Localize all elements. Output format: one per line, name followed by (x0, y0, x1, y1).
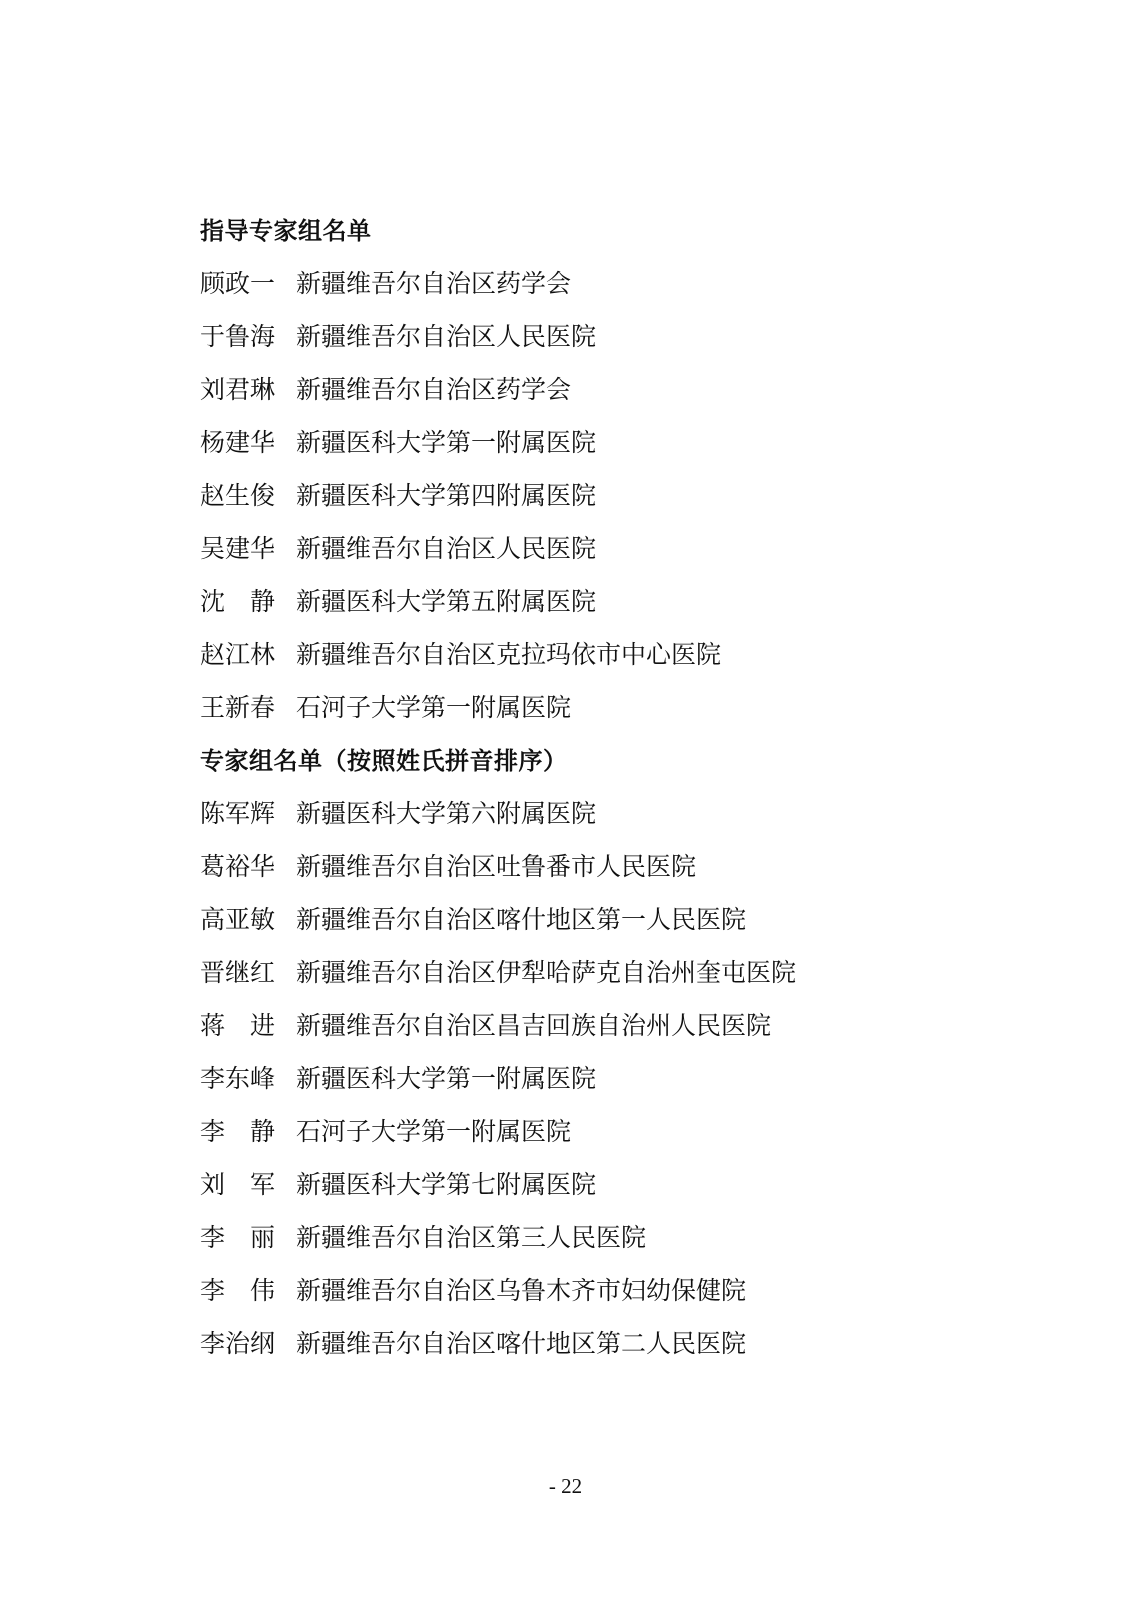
member-row: 李 丽新疆维吾尔自治区第三人民医院 (200, 1209, 1041, 1262)
member-row: 沈 静新疆医科大学第五附属医院 (200, 573, 1041, 626)
member-name: 沈 静 (200, 582, 276, 618)
member-name: 杨建华 (200, 423, 276, 459)
member-name: 晋继红 (200, 953, 276, 989)
member-row: 高亚敏新疆维吾尔自治区喀什地区第一人民医院 (200, 891, 1041, 944)
member-row: 刘君琳新疆维吾尔自治区药学会 (200, 361, 1041, 414)
page-number: - 22 (0, 1474, 1131, 1499)
member-list: 陈军辉新疆医科大学第六附属医院葛裕华新疆维吾尔自治区吐鲁番市人民医院高亚敏新疆维… (200, 785, 1041, 1368)
member-row: 陈军辉新疆医科大学第六附属医院 (200, 785, 1041, 838)
member-row: 于鲁海新疆维吾尔自治区人民医院 (200, 308, 1041, 361)
document-content: 指导专家组名单 顾政一新疆维吾尔自治区药学会于鲁海新疆维吾尔自治区人民医院刘君琳… (200, 202, 1041, 1368)
member-organization: 新疆医科大学第六附属医院 (296, 794, 596, 830)
member-name: 于鲁海 (200, 317, 276, 353)
member-row: 李治纲新疆维吾尔自治区喀什地区第二人民医院 (200, 1315, 1041, 1368)
section-advisor-expert-group: 指导专家组名单 顾政一新疆维吾尔自治区药学会于鲁海新疆维吾尔自治区人民医院刘君琳… (200, 202, 1041, 732)
member-row: 蒋 进新疆维吾尔自治区昌吉回族自治州人民医院 (200, 997, 1041, 1050)
member-list: 顾政一新疆维吾尔自治区药学会于鲁海新疆维吾尔自治区人民医院刘君琳新疆维吾尔自治区… (200, 255, 1041, 732)
member-organization: 新疆维吾尔自治区喀什地区第一人民医院 (296, 900, 746, 936)
member-organization: 新疆维吾尔自治区喀什地区第二人民医院 (296, 1324, 746, 1360)
member-organization: 新疆医科大学第一附属医院 (296, 423, 596, 459)
member-name: 刘 军 (200, 1165, 276, 1201)
member-name: 赵生俊 (200, 476, 276, 512)
member-name: 蒋 进 (200, 1006, 276, 1042)
member-name: 李 静 (200, 1112, 276, 1148)
member-name: 赵江林 (200, 635, 276, 671)
member-name: 李治纲 (200, 1324, 276, 1360)
member-name: 高亚敏 (200, 900, 276, 936)
member-name: 李东峰 (200, 1059, 276, 1095)
member-row: 吴建华新疆维吾尔自治区人民医院 (200, 520, 1041, 573)
member-row: 李 伟新疆维吾尔自治区乌鲁木齐市妇幼保健院 (200, 1262, 1041, 1315)
member-organization: 新疆医科大学第七附属医院 (296, 1165, 596, 1201)
member-row: 晋继红新疆维吾尔自治区伊犁哈萨克自治州奎屯医院 (200, 944, 1041, 997)
member-row: 李东峰新疆医科大学第一附属医院 (200, 1050, 1041, 1103)
member-organization: 石河子大学第一附属医院 (296, 1112, 571, 1148)
section-heading: 指导专家组名单 (200, 202, 1041, 255)
member-organization: 新疆维吾尔自治区伊犁哈萨克自治州奎屯医院 (296, 953, 796, 989)
section-heading: 专家组名单（按照姓氏拼音排序） (200, 732, 1041, 785)
member-organization: 新疆医科大学第五附属医院 (296, 582, 596, 618)
member-organization: 新疆维吾尔自治区昌吉回族自治州人民医院 (296, 1006, 771, 1042)
member-row: 葛裕华新疆维吾尔自治区吐鲁番市人民医院 (200, 838, 1041, 891)
member-organization: 新疆医科大学第一附属医院 (296, 1059, 596, 1095)
member-organization: 石河子大学第一附属医院 (296, 688, 571, 724)
member-organization: 新疆维吾尔自治区药学会 (296, 264, 571, 300)
member-name: 李 伟 (200, 1271, 276, 1307)
member-organization: 新疆医科大学第四附属医院 (296, 476, 596, 512)
member-row: 赵生俊新疆医科大学第四附属医院 (200, 467, 1041, 520)
member-organization: 新疆维吾尔自治区人民医院 (296, 529, 596, 565)
member-name: 刘君琳 (200, 370, 276, 406)
member-organization: 新疆维吾尔自治区药学会 (296, 370, 571, 406)
member-organization: 新疆维吾尔自治区第三人民医院 (296, 1218, 646, 1254)
member-row: 王新春石河子大学第一附属医院 (200, 679, 1041, 732)
member-row: 李 静石河子大学第一附属医院 (200, 1103, 1041, 1156)
member-name: 顾政一 (200, 264, 276, 300)
member-name: 吴建华 (200, 529, 276, 565)
member-organization: 新疆维吾尔自治区人民医院 (296, 317, 596, 353)
member-name: 王新春 (200, 688, 276, 724)
section-expert-group: 专家组名单（按照姓氏拼音排序） 陈军辉新疆医科大学第六附属医院葛裕华新疆维吾尔自… (200, 732, 1041, 1368)
member-name: 葛裕华 (200, 847, 276, 883)
member-row: 赵江林新疆维吾尔自治区克拉玛依市中心医院 (200, 626, 1041, 679)
member-organization: 新疆维吾尔自治区克拉玛依市中心医院 (296, 635, 721, 671)
member-organization: 新疆维吾尔自治区乌鲁木齐市妇幼保健院 (296, 1271, 746, 1307)
member-name: 李 丽 (200, 1218, 276, 1254)
member-row: 杨建华新疆医科大学第一附属医院 (200, 414, 1041, 467)
member-row: 刘 军新疆医科大学第七附属医院 (200, 1156, 1041, 1209)
member-name: 陈军辉 (200, 794, 276, 830)
member-row: 顾政一新疆维吾尔自治区药学会 (200, 255, 1041, 308)
document-page: 指导专家组名单 顾政一新疆维吾尔自治区药学会于鲁海新疆维吾尔自治区人民医院刘君琳… (0, 0, 1131, 1600)
member-organization: 新疆维吾尔自治区吐鲁番市人民医院 (296, 847, 696, 883)
